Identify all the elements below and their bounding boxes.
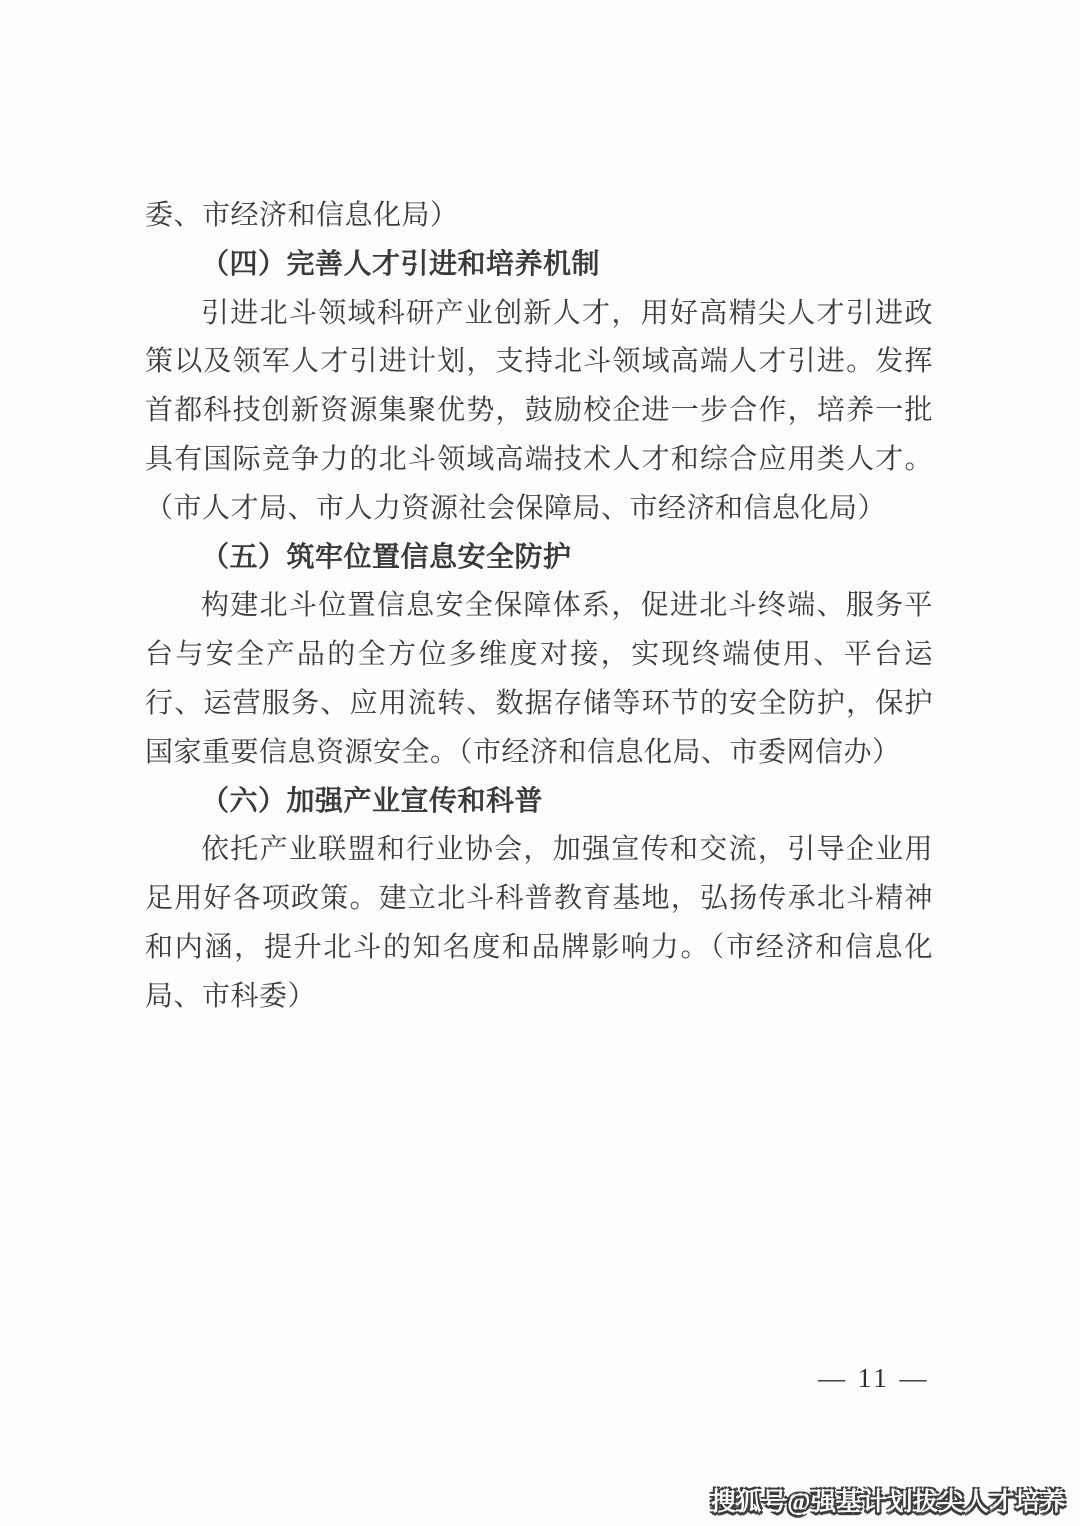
paragraph-continuation: 委、市经济和信息化局）	[145, 192, 933, 241]
document-page: 委、市经济和信息化局） （四）完善人才引进和培养机制 引进北斗领域科研产业创新人…	[0, 0, 1080, 1526]
page-number: — 11 —	[818, 1363, 930, 1394]
section-heading-4: （四）完善人才引进和培养机制	[145, 241, 933, 290]
paragraph-section-6: 依托产业联盟和行业协会，加强宣传和交流，引导企业用足用好各项政策。建立北斗科普教…	[145, 826, 933, 1021]
document-body: 委、市经济和信息化局） （四）完善人才引进和培养机制 引进北斗领域科研产业创新人…	[145, 192, 933, 1022]
watermark-sohu: 搜狐号@强基计划拔尖人才培养	[711, 1482, 1066, 1518]
section-heading-6: （六）加强产业宣传和科普	[145, 778, 933, 827]
paragraph-section-5: 构建北斗位置信息安全保障体系，促进北斗终端、服务平台与安全产品的全方位多维度对接…	[145, 582, 933, 777]
section-heading-5: （五）筑牢位置信息安全防护	[145, 534, 933, 583]
paragraph-section-4: 引进北斗领域科研产业创新人才，用好高精尖人才引进政策以及领军人才引进计划，支持北…	[145, 290, 933, 534]
